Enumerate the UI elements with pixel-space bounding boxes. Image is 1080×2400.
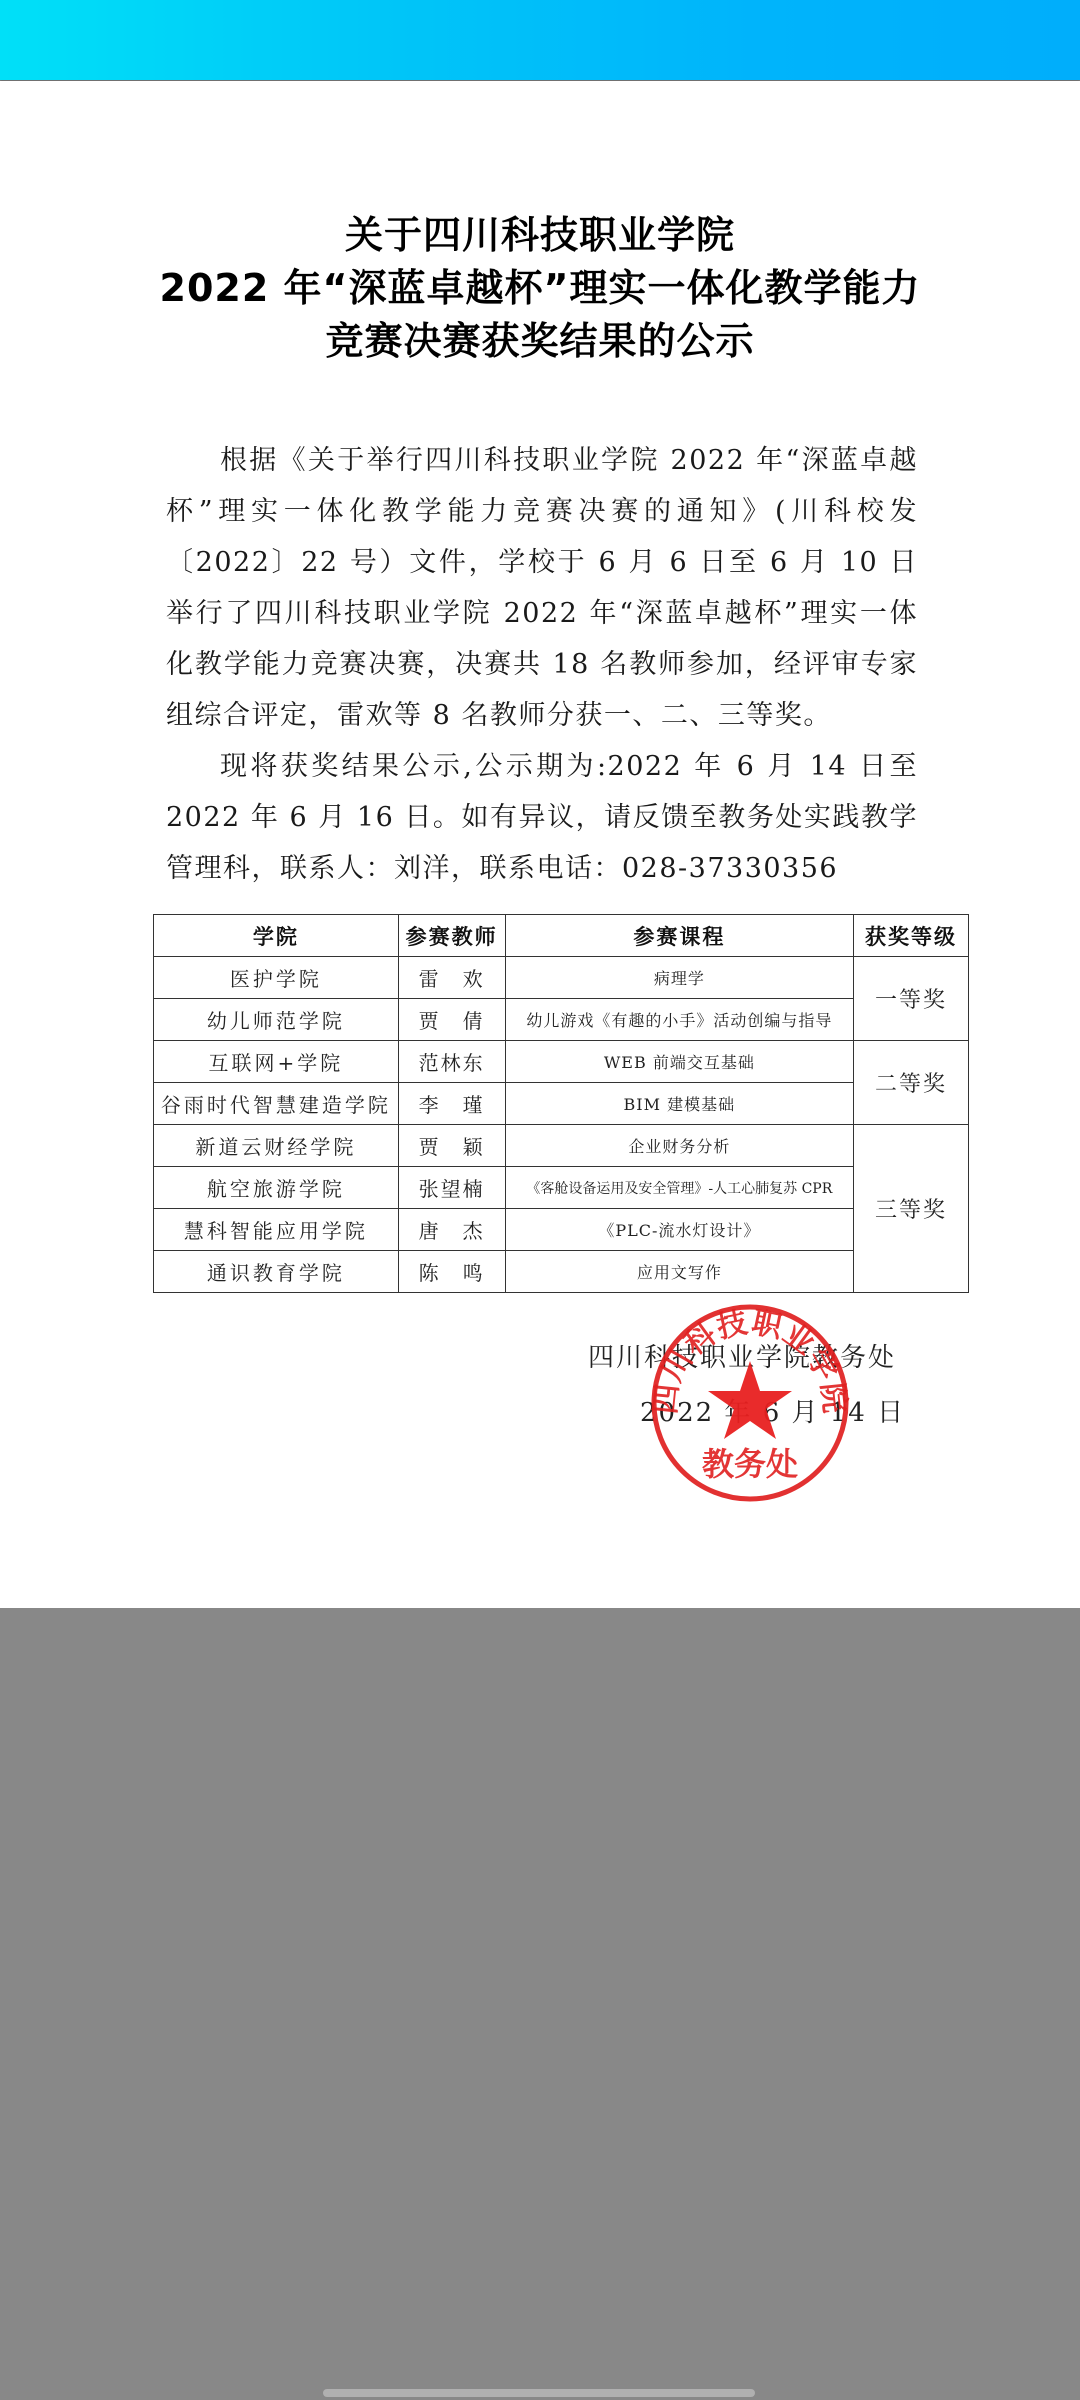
top-app-bar: [0, 0, 1080, 80]
teacher-cell: 贾 倩: [398, 999, 505, 1041]
table-row: 医护学院 雷 欢 病理学 一等奖: [154, 957, 969, 999]
award-level-cell: 一等奖: [854, 957, 969, 1041]
header-teacher: 参赛教师: [398, 915, 505, 957]
header-award-level: 获奖等级: [854, 915, 969, 957]
table-row: 慧科智能应用学院 唐 杰 《PLC-流水灯设计》: [154, 1209, 969, 1251]
college-cell: 新道云财经学院: [154, 1125, 399, 1167]
college-cell: 航空旅游学院: [154, 1167, 399, 1209]
title-line-3: 竞赛决赛获奖结果的公示: [0, 315, 1080, 368]
header-college: 学院: [154, 915, 399, 957]
paragraph-2: 现将获奖结果公示,公示期为:2022 年 6 月 14 日至 2022 年 6 …: [166, 741, 918, 894]
table-row: 幼儿师范学院 贾 倩 幼儿游戏《有趣的小手》活动创编与指导: [154, 999, 969, 1041]
title-line-2: 2022 年“深蓝卓越杯”理实一体化教学能力: [0, 262, 1080, 315]
teacher-cell: 陈 鸣: [398, 1251, 505, 1293]
seal-center-text: 教务处: [702, 1445, 798, 1483]
table-row: 通识教育学院 陈 鸣 应用文写作: [154, 1251, 969, 1293]
gesture-navigation-bar[interactable]: [323, 2389, 755, 2397]
teacher-cell: 范林东: [398, 1041, 505, 1083]
table-row: 新道云财经学院 贾 颖 企业财务分析 三等奖: [154, 1125, 969, 1167]
teacher-cell: 唐 杰: [398, 1209, 505, 1251]
course-cell: 幼儿游戏《有趣的小手》活动创编与指导: [505, 999, 854, 1041]
course-cell: 《PLC-流水灯设计》: [505, 1209, 854, 1251]
college-cell: 慧科智能应用学院: [154, 1209, 399, 1251]
table-row: 航空旅游学院 张望楠 《客舱设备运用及安全管理》-人工心肺复苏 CPR: [154, 1167, 969, 1209]
college-cell: 谷雨时代智慧建造学院: [154, 1083, 399, 1125]
college-cell: 幼儿师范学院: [154, 999, 399, 1041]
document-page: 关于四川科技职业学院 2022 年“深蓝卓越杯”理实一体化教学能力 竞赛决赛获奖…: [0, 81, 1080, 1608]
course-cell: BIM 建模基础: [505, 1083, 854, 1125]
course-cell: 《客舱设备运用及安全管理》-人工心肺复苏 CPR: [505, 1167, 854, 1209]
table-row: 互联网+学院 范林东 WEB 前端交互基础 二等奖: [154, 1041, 969, 1083]
course-cell: 企业财务分析: [505, 1125, 854, 1167]
teacher-cell: 李 瑾: [398, 1083, 505, 1125]
college-cell: 通识教育学院: [154, 1251, 399, 1293]
awards-table: 学院 参赛教师 参赛课程 获奖等级 医护学院 雷 欢 病理学 一等奖 幼儿师范学…: [153, 914, 969, 1293]
teacher-cell: 张望楠: [398, 1167, 505, 1209]
title-line-1: 关于四川科技职业学院: [0, 209, 1080, 262]
award-level-cell: 三等奖: [854, 1125, 969, 1293]
paragraph-1: 根据《关于举行四川科技职业学院 2022 年“深蓝卓越杯”理实一体化教学能力竞赛…: [166, 435, 918, 741]
college-cell: 互联网+学院: [154, 1041, 399, 1083]
document-body: 根据《关于举行四川科技职业学院 2022 年“深蓝卓越杯”理实一体化教学能力竞赛…: [166, 435, 918, 894]
course-cell: 应用文写作: [505, 1251, 854, 1293]
teacher-cell: 贾 颖: [398, 1125, 505, 1167]
table-row: 谷雨时代智慧建造学院 李 瑾 BIM 建模基础: [154, 1083, 969, 1125]
official-seal-icon: 四川科技职业学院 教务处: [650, 1303, 850, 1503]
header-course: 参赛课程: [505, 915, 854, 957]
table-header-row: 学院 参赛教师 参赛课程 获奖等级: [154, 915, 969, 957]
seal-star-icon: [708, 1361, 792, 1439]
course-cell: 病理学: [505, 957, 854, 999]
document-title: 关于四川科技职业学院 2022 年“深蓝卓越杯”理实一体化教学能力 竞赛决赛获奖…: [0, 209, 1080, 368]
course-cell: WEB 前端交互基础: [505, 1041, 854, 1083]
teacher-cell: 雷 欢: [398, 957, 505, 999]
college-cell: 医护学院: [154, 957, 399, 999]
award-level-cell: 二等奖: [854, 1041, 969, 1125]
